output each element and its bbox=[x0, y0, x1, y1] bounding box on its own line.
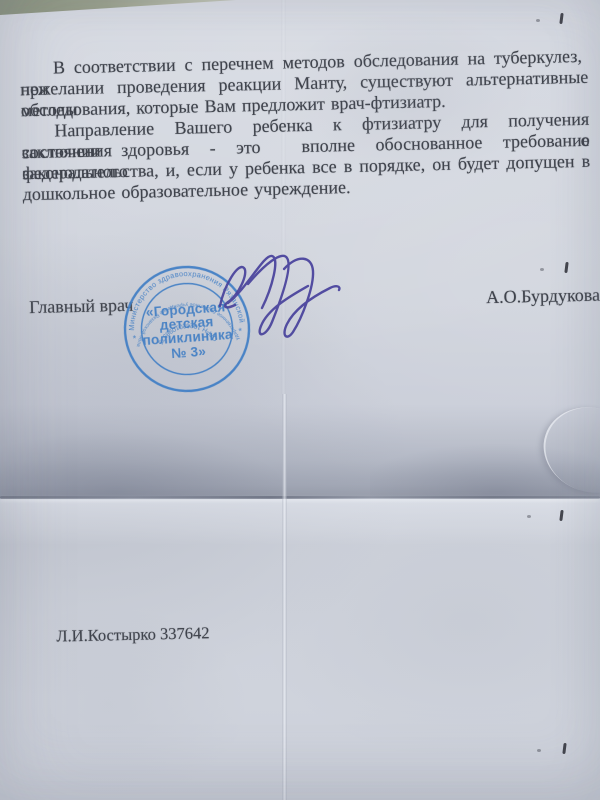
signature-stroke bbox=[284, 259, 339, 337]
fold-mark-dot-icon bbox=[540, 268, 544, 271]
signatory-name: А.О.Бурдукова bbox=[486, 285, 600, 308]
stamp-center-line: № 3» bbox=[171, 344, 207, 361]
photographed-letter: В соответствии с перечнем методов обслед… bbox=[0, 0, 600, 800]
reference-line: Л.И.Костырко 337642 bbox=[56, 623, 210, 646]
handwritten-signature bbox=[214, 242, 350, 350]
letter-content: В соответствии с перечнем методов обслед… bbox=[0, 0, 600, 800]
signature-stroke bbox=[220, 267, 245, 307]
letter-body: В соответствии с перечнем методов обслед… bbox=[20, 46, 591, 205]
fold-mark-dot-icon bbox=[537, 749, 541, 752]
fold-mark-dot-icon bbox=[527, 515, 531, 518]
fold-mark-dot-icon bbox=[536, 19, 540, 22]
stamp-separator-left: * bbox=[132, 334, 137, 344]
